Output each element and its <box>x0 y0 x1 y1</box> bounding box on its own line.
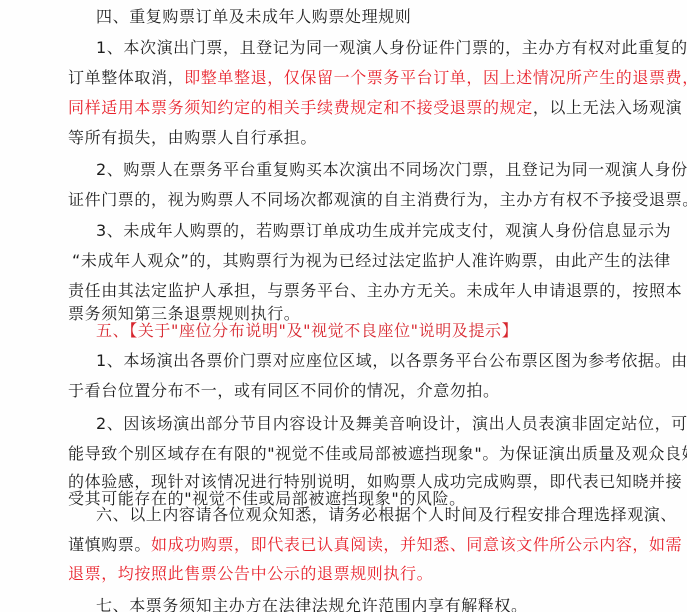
paragraph-text: 证件门票的，视为购票人不同场次都观演的自主消费行为，主办方有权不予接受退票。 <box>68 190 687 209</box>
paragraph-text: “未成年人观众”的，其购票行为视为已经过法定监护人准许购票，由此产生的法律 <box>72 251 671 270</box>
section-7-line-1: 七、本票务须知主办方在法律法规允许范围内享有解释权。 <box>96 596 528 612</box>
paragraph-text: 订单整体取消， <box>68 68 184 87</box>
section-4-item-1-line-4: 等所有损失，由购票人自行承担。 <box>68 128 317 148</box>
paragraph-text: ，以上无法入场观演 <box>533 98 682 117</box>
paragraph-text: 六、以上内容请各位观众知悉，请务必根据个人时间及行程安排合理选择观演、 <box>96 505 677 524</box>
highlighted-text: 退票，均按照此售票公告中公示的退票规则执行。 <box>68 564 433 583</box>
highlighted-text: 如成功购票，即代表已认真阅读，并知悉、同意该文件所公示内容，如需 <box>151 535 682 554</box>
highlighted-text: 同样适用本票务须知约定的相关手续费规定和不接受退票的规定 <box>68 98 533 117</box>
paragraph-text: 1、本次演出门票，且登记为同一观演人身份证件门票的，主办方有权对此重复的 <box>96 38 687 57</box>
ticket-notice-document: 四、重复购票订单及未成年人购票处理规则 1、本次演出门票，且登记为同一观演人身份… <box>0 0 687 612</box>
section-4-item-3-line-1: 3、未成年人购票的，若购票订单成功生成并完成支付，观演人身份信息显示为 <box>96 221 671 241</box>
section-6-line-1: 六、以上内容请各位观众知悉，请务必根据个人时间及行程安排合理选择观演、 <box>96 505 677 525</box>
paragraph-text: 3、未成年人购票的，若购票订单成功生成并完成支付，观演人身份信息显示为 <box>96 221 671 240</box>
section-4-heading: 四、重复购票订单及未成年人购票处理规则 <box>96 7 411 27</box>
paragraph-text: 七、本票务须知主办方在法律法规允许范围内享有解释权。 <box>96 596 528 612</box>
section-6-line-2: 谨慎购票。如成功购票，即代表已认真阅读，并知悉、同意该文件所公示内容，如需 <box>68 535 682 555</box>
section-4-item-3-line-2: “未成年人观众”的，其购票行为视为已经过法定监护人准许购票，由此产生的法律 <box>72 251 671 271</box>
section-5-item-2-line-1: 2、因该场演出部分节目内容设计及舞美音响设计，演出人员表演非固定站位，可 <box>96 414 687 434</box>
highlighted-text: 即整单整退，仅保留一个票务平台订单，因上述情况所产生的退票费， <box>184 68 687 87</box>
section-5-item-2-line-2: 能导致个别区域存在有限的"视觉不佳或局部被遮挡现象"。为保证演出质量及观众良好 <box>68 444 687 464</box>
paragraph-text: 于看台位置分布不一，或有同区不同价的情况，介意勿拍。 <box>68 381 500 400</box>
heading-text: 四、重复购票订单及未成年人购票处理规则 <box>96 7 411 26</box>
section-4-item-1-line-2: 订单整体取消，即整单整退，仅保留一个票务平台订单，因上述情况所产生的退票费， <box>68 68 687 88</box>
section-4-item-2-line-1: 2、购票人在票务平台重复购买本次演出不同场次门票，且登记为同一观演人身份 <box>96 160 687 180</box>
section-4-item-1-line-3: 同样适用本票务须知约定的相关手续费规定和不接受退票的规定，以上无法入场观演 <box>68 98 682 118</box>
paragraph-text: 2、购票人在票务平台重复购买本次演出不同场次门票，且登记为同一观演人身份 <box>96 160 687 179</box>
section-5-item-1-line-2: 于看台位置分布不一，或有同区不同价的情况，介意勿拍。 <box>68 381 500 401</box>
section-6-line-3: 退票，均按照此售票公告中公示的退票规则执行。 <box>68 564 433 584</box>
paragraph-text: 2、因该场演出部分节目内容设计及舞美音响设计，演出人员表演非固定站位，可 <box>96 414 687 433</box>
heading-text: 五、【关于"座位分布说明"及"视觉不良座位"说明及提示】 <box>96 321 518 340</box>
paragraph-text: 能导致个别区域存在有限的"视觉不佳或局部被遮挡现象"。为保证演出质量及观众良好 <box>68 444 687 463</box>
section-4-item-2-line-2: 证件门票的，视为购票人不同场次都观演的自主消费行为，主办方有权不予接受退票。 <box>68 190 687 210</box>
paragraph-text: 等所有损失，由购票人自行承担。 <box>68 128 317 147</box>
section-4-item-1-line-1: 1、本次演出门票，且登记为同一观演人身份证件门票的，主办方有权对此重复的 <box>96 38 687 58</box>
paragraph-text: 责任由其法定监护人承担，与票务平台、主办方无关。未成年人申请退票的，按照本 <box>68 281 682 300</box>
paragraph-text: 1、本场演出各票价门票对应座位区域，以各票务平台公布票区图为参考依据。由 <box>96 351 687 370</box>
section-5-heading: 五、【关于"座位分布说明"及"视觉不良座位"说明及提示】 <box>96 321 518 341</box>
section-5-item-1-line-1: 1、本场演出各票价门票对应座位区域，以各票务平台公布票区图为参考依据。由 <box>96 351 687 371</box>
section-4-item-3-line-3: 责任由其法定监护人承担，与票务平台、主办方无关。未成年人申请退票的，按照本 <box>68 281 682 301</box>
paragraph-text: 谨慎购票。 <box>68 535 151 554</box>
